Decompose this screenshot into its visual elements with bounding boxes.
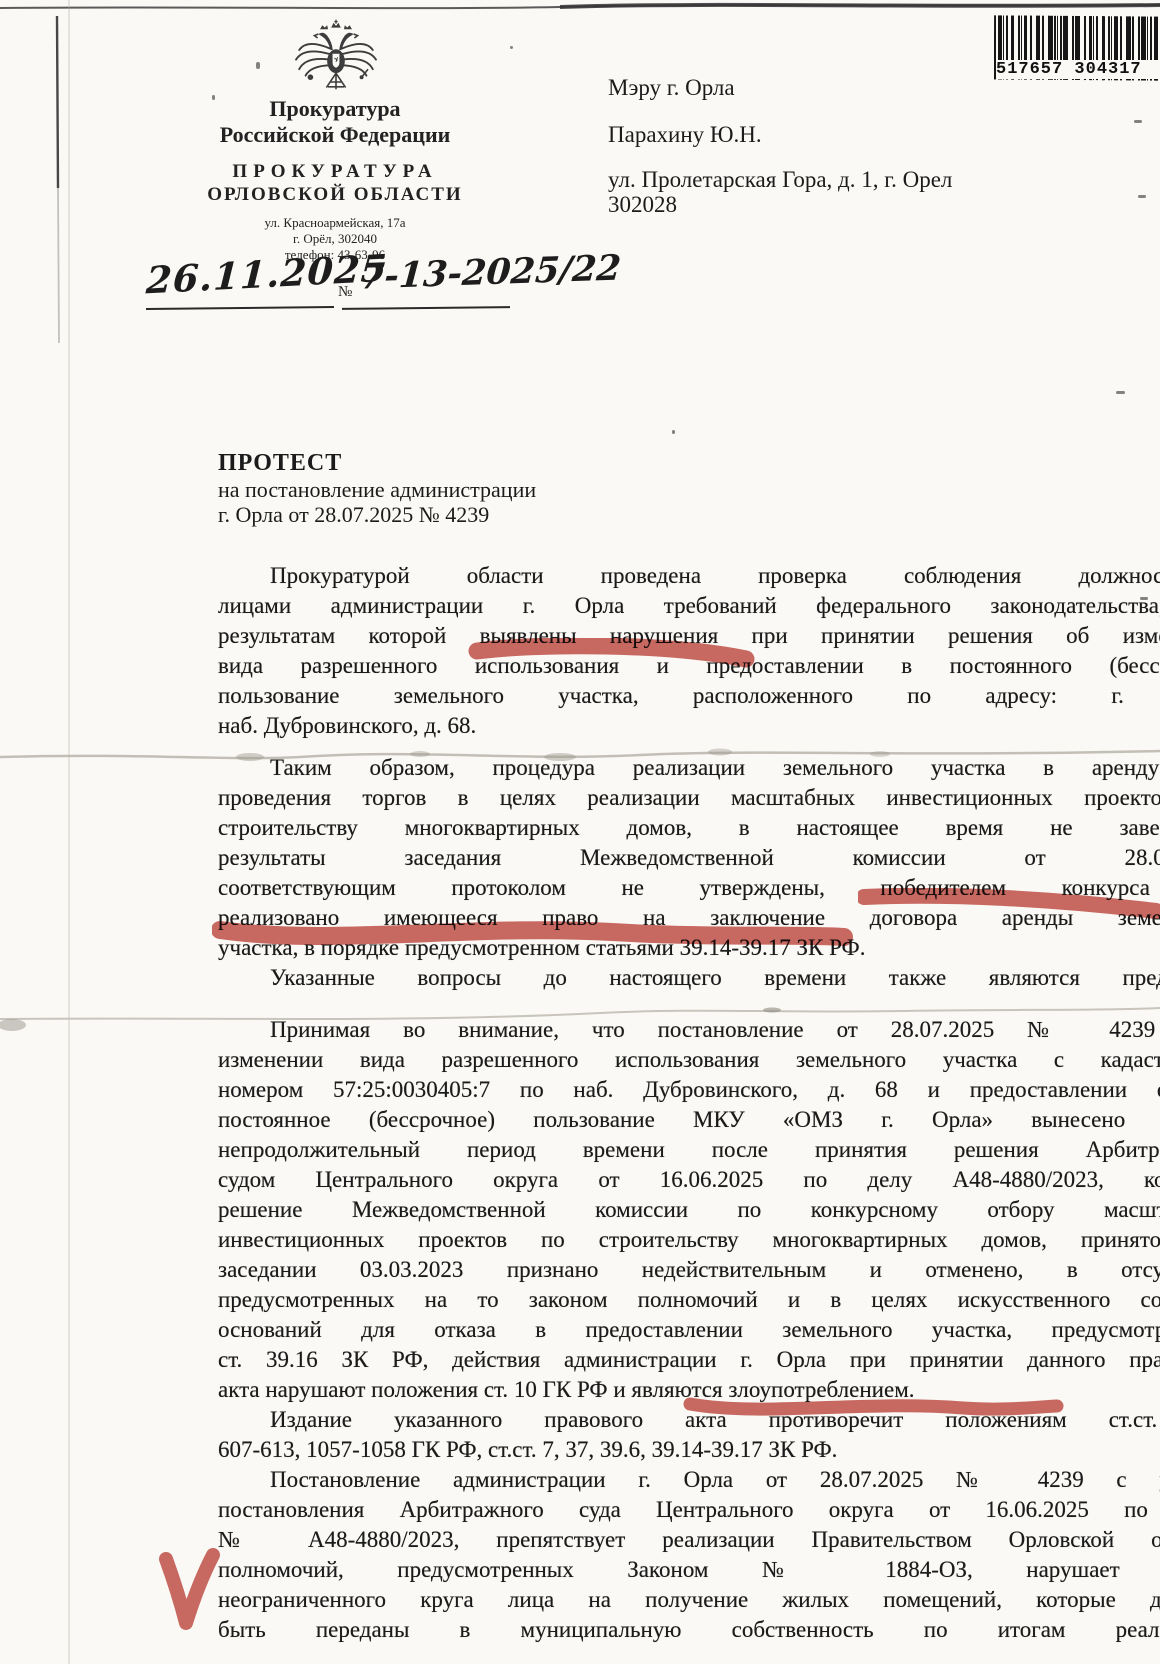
body-text-line: Издание указанного правового акта против… <box>218 1405 1160 1435</box>
body-text-line: инвестиционных проектов по строительству… <box>218 1225 1160 1255</box>
recipient-postcode: 302028 <box>608 191 1088 219</box>
org-name-line4: ОРЛОВСКОЙ ОБЛАСТИ <box>140 183 530 206</box>
recipient-address: ул. Пролетарская Гора, д. 1, г. Орел <box>608 166 1088 194</box>
scan-speck <box>256 62 260 69</box>
body-text-line: наб. Дубровинского, д. 68. <box>218 711 1160 741</box>
red-checkmark <box>156 1546 222 1638</box>
scan-speck <box>1138 195 1146 198</box>
body-text-line: решение Межведомственной комиссии по кон… <box>218 1195 1160 1225</box>
body-paragraph-4: Принимая во внимание, что постановление … <box>218 1015 1160 1405</box>
body-text-line: неограниченного круга лица на получение … <box>218 1585 1160 1615</box>
body-text-line: оснований для отказа в предоставлении зе… <box>218 1315 1160 1345</box>
barcode-digits: 517657 304317 <box>996 60 1160 79</box>
paper-fold-edge <box>68 0 70 1664</box>
recipient-name: Парахину Ю.Н. <box>608 121 1088 149</box>
body-text-line: непродолжительный период времени после п… <box>218 1135 1160 1165</box>
body-text-line: быть переданы в муниципальную собственно… <box>218 1615 1160 1645</box>
document-title-block: ПРОТЕСТ на постановление администрации г… <box>218 450 536 527</box>
body-text-line: ст. 39.16 ЗК РФ, действия администрации … <box>218 1345 1160 1375</box>
body-text-line: Таким образом, процедура реализации земе… <box>218 753 1160 783</box>
body-text-line: Указанные вопросы до настоящего времени … <box>218 963 1160 993</box>
body-text-line: лицами администрации г. Орла требований … <box>218 591 1160 621</box>
coat-of-arms-emblem <box>288 16 384 100</box>
body-text-line: Постановление администрации г. Орла от 2… <box>218 1465 1160 1495</box>
body-text-line: судом Центрального округа от 16.06.2025 … <box>218 1165 1160 1195</box>
body-text-line: акта нарушают положения ст. 10 ГК РФ и я… <box>218 1375 1160 1405</box>
body-text-line: результаты заседания Межведомственной ко… <box>218 843 1160 873</box>
scan-speck <box>1116 391 1125 394</box>
document-subtitle-line1: на постановление администрации <box>218 477 536 502</box>
body-text-line: № А48-4880/2023, препятствует реализации… <box>218 1525 1160 1555</box>
date-underline <box>146 306 334 310</box>
body-text-line: заседании 03.03.2023 признано недействит… <box>218 1255 1160 1285</box>
body-text-line: предусмотренных на то законом полномочий… <box>218 1285 1160 1315</box>
org-address-street: ул. Красноармейская, 17а <box>140 215 530 231</box>
body-text-line: полномочий, предусмотренных Законом № 18… <box>218 1555 1160 1585</box>
body-text-line: реализовано имеющееся право на заключени… <box>218 903 1160 933</box>
body-text-line: результатам которой выявлены нарушения п… <box>218 621 1160 651</box>
body-text-line: участка, в порядке предусмотренном стать… <box>218 933 1160 963</box>
number-underline <box>342 306 510 310</box>
document-title: ПРОТЕСТ <box>218 450 536 477</box>
scanned-letter-page: Прокуратура Российской Федерации ПРОКУРА… <box>0 0 1160 1664</box>
scan-speck <box>1134 120 1142 123</box>
scan-speck <box>510 46 513 49</box>
body-paragraph-5: Издание указанного правового акта против… <box>218 1405 1160 1465</box>
body-text-line: номером 57:25:0030405:7 по наб. Дубровин… <box>218 1075 1160 1105</box>
body-text-line: постановления Арбитражного суда Централь… <box>218 1495 1160 1525</box>
body-text-line: Принимая во внимание, что постановление … <box>218 1015 1160 1045</box>
body-text-line: пользование земельного участка, располож… <box>218 681 1160 711</box>
recipient-block: Мэру г. Орла Парахину Ю.Н. ул. Пролетарс… <box>608 74 1088 219</box>
body-text-line: постоянное (бессрочное) пользование МКУ … <box>218 1105 1160 1135</box>
document-subtitle-line2: г. Орла от 28.07.2025 № 4239 <box>218 502 536 527</box>
handwritten-outgoing-number: 7-13-2025/22 <box>359 247 623 297</box>
org-name-line3: ПРОКУРАТУРА <box>140 160 530 183</box>
body-text-line: изменении вида разрешенного использовани… <box>218 1045 1160 1075</box>
body-text-line: 607-613, 1057-1058 ГК РФ, ст.ст. 7, 37, … <box>218 1435 1160 1465</box>
body-paragraph-1: Прокуратурой области проведена проверка … <box>218 561 1160 741</box>
body-paragraph-3: Указанные вопросы до настоящего времени … <box>218 963 1160 993</box>
org-address-city: г. Орёл, 302040 <box>140 231 530 247</box>
letterhead: Прокуратура Российской Федерации ПРОКУРА… <box>140 96 530 263</box>
body-text-line: строительству многоквартирных домов, в н… <box>218 813 1160 843</box>
number-sign: № <box>338 284 352 301</box>
org-name-line2: Российской Федерации <box>140 122 530 148</box>
body-text-line: вида разрешенного использования и предос… <box>218 651 1160 681</box>
body-text-line: соответствующим протоколом не утверждены… <box>218 873 1160 903</box>
body-paragraph-6: Постановление администрации г. Орла от 2… <box>218 1465 1160 1645</box>
org-name-line1: Прокуратура <box>140 96 530 122</box>
scan-top-edge <box>0 0 1160 20</box>
scan-speck <box>672 430 675 434</box>
body-text-line: Прокуратурой области проведена проверка … <box>218 561 1160 591</box>
body-paragraph-2: Таким образом, процедура реализации земе… <box>218 753 1160 963</box>
body-text-line: проведения торгов в целях реализации мас… <box>218 783 1160 813</box>
